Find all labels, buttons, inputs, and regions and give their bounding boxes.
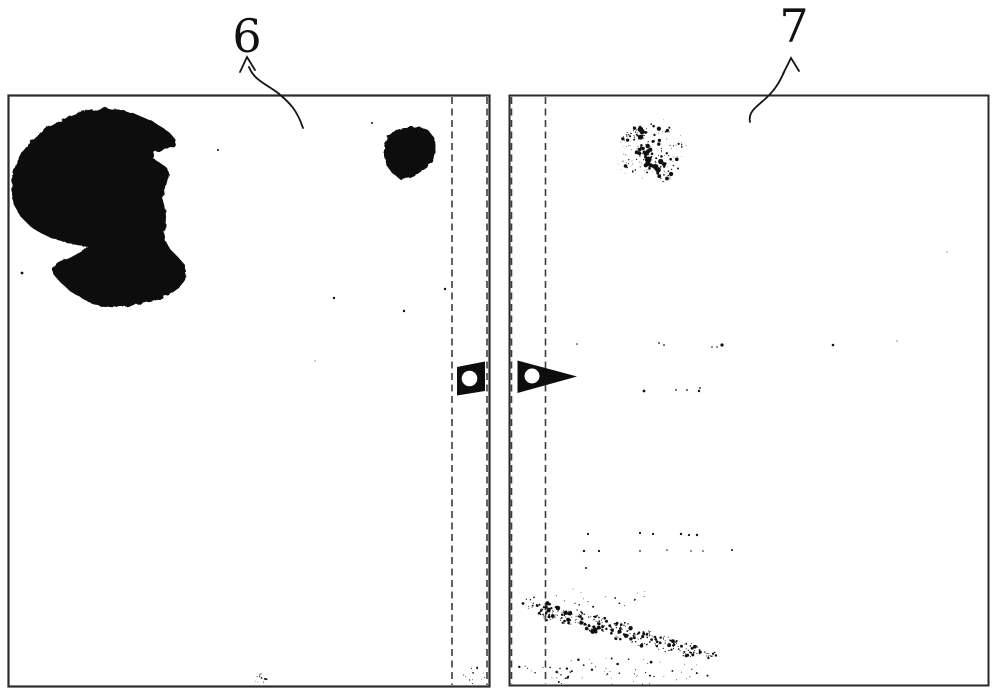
figure-canvas: 6 7 (0, 0, 1000, 697)
patent-figure: 6 7 (0, 0, 1000, 697)
left-pointer-flag-icon (457, 362, 485, 396)
arrowhead-icon (783, 58, 799, 74)
right-panel-frame (510, 96, 989, 686)
reference-numeral-7: 7 (779, 0, 808, 53)
reference-numeral-6: 6 (232, 9, 261, 63)
